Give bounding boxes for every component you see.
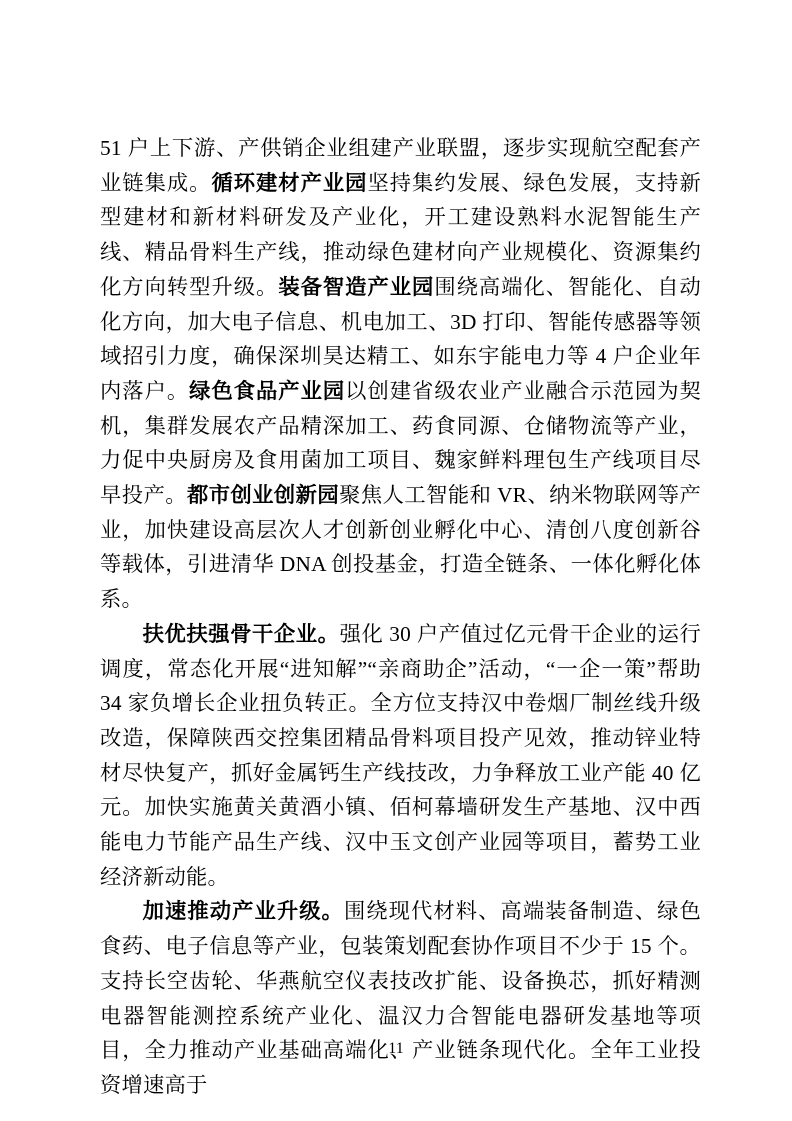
bold-run-heading-accelerate-industry-upgrade: 加速推动产业升级。 — [143, 899, 344, 923]
document-body: 51 户上下游、产供销企业组建产业联盟，逐步实现航空配套产业链集成。循环建材产业… — [100, 131, 701, 1103]
text-run: 围绕现代材料、高端装备制造、绿色食药、电子信息等产业，包装策划配套协作项目不少于… — [100, 899, 701, 1097]
bold-run-heading-support-key-enterprises: 扶优扶强骨干企业。 — [143, 622, 340, 646]
page-number: 11 — [0, 1038, 792, 1060]
text-paragraph: 扶优扶强骨干企业。强化 30 户产值过亿元骨干企业的运行调度，常态化开展“进知解… — [100, 617, 701, 895]
text-paragraph: 加速推动产业升级。围绕现代材料、高端装备制造、绿色食药、电子信息等产业，包装策划… — [100, 894, 701, 1102]
bold-run-park-urban-innovation: 都市创业创新园 — [187, 483, 339, 507]
document-page: 51 户上下游、产供销企业组建产业联盟，逐步实现航空配套产业链集成。循环建材产业… — [0, 0, 792, 1121]
text-paragraph: 51 户上下游、产供销企业组建产业联盟，逐步实现航空配套产业链集成。循环建材产业… — [100, 131, 701, 617]
bold-run-park-green-food: 绿色食品产业园 — [189, 379, 345, 403]
text-run: 强化 30 户产值过亿元骨干企业的运行调度，常态化开展“进知解”“亲商助企”活动… — [100, 622, 701, 889]
bold-run-park-equipment-manufacturing: 装备智造产业园 — [278, 275, 434, 299]
bold-run-park-circular-building-materials: 循环建材产业园 — [211, 171, 367, 195]
